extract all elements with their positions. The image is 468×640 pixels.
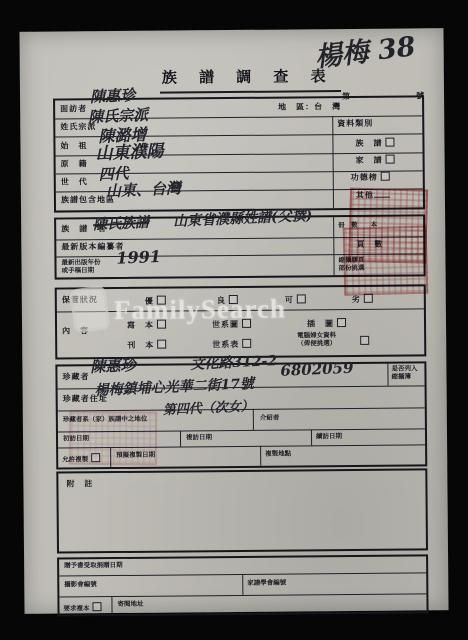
copy-place-label: 複製地點 [265,452,291,459]
column-divider [111,596,112,614]
handwritten-respondent-name: 陳惠珍 [90,88,136,105]
checkbox-good [229,295,238,304]
content-lineage-table: 世系表 [212,339,251,349]
checkbox-jiapu [386,155,395,164]
column-divider [260,446,261,466]
copy-request-label: 要求複本 [63,602,101,613]
notes-label: 附 註 [66,480,93,488]
scanned-form-page: 族 譜 調 查 表 楊梅 38 第 號 面訪者 地 區：台 灣 姓氏宗派 始 祖… [19,28,448,614]
first-ancestor-label: 始 祖 [60,142,87,150]
region-label: 地 區：台 灣 [278,103,341,112]
society-number-label: 家譜學會編號 [247,581,286,588]
content-printed: 刊 本 [127,340,166,350]
listed-label-line2: 縮攝簿 [391,374,411,381]
admin-table: 贈予書受取捐贈日期 攝影會編號 家譜學會編號 要求複本 寄閱地址 [57,554,429,616]
content-computer-line1: 電腦婦女資料 [297,333,336,340]
handwritten-holder-position: 第四代（次女） [163,400,254,417]
checkbox-copy-request [92,602,101,611]
category-jiapu-label: 家 譜 [356,155,395,165]
familysearch-logo-watermark [69,285,110,333]
handwritten-genealogy-name-struck: 陳氏族譜 [93,216,150,232]
checkbox-merit [381,172,390,181]
red-seal-stamp-bottom [343,226,429,296]
publish-year-label: 最新出版年份 [61,260,100,267]
origin-label: 原 籍 [61,160,88,168]
introducer-label: 介紹者 [260,416,280,423]
handwritten-serial: 楊梅 38 [313,33,416,71]
respondent-label: 面訪者 [60,105,87,113]
condition-table: 保管狀況 優 良 可 劣 內 容 寫 本 世系圖 插 圖 刊 本 世系表 電腦婦… [55,284,427,359]
handwritten-holder-name: 陳惠珍 [90,358,136,375]
category-merit-label: 功德榜 [351,172,390,182]
column-divider [332,116,334,208]
row-divider [57,308,424,312]
handwritten-generations: 四代 [98,166,129,182]
category-header: 資料類別 [337,120,373,128]
column-divider [311,429,312,445]
listed-label-line1: 是否列入 [391,366,417,373]
checkbox-illustration [337,318,346,327]
content-lineage-chart: 世系圖 [212,319,251,329]
gift-date-label: 贈予書受取捐贈日期 [64,563,123,570]
manuscript-date-label: 或手稿日期 [62,268,95,275]
checkbox-printed [157,340,166,349]
generations-label: 世 代 [61,178,88,186]
column-divider [333,217,335,275]
handwritten-holder-street: 文化路312-2 [190,354,277,372]
content-illustration: 插 圖 [307,318,346,328]
checkbox-fair [297,294,306,303]
red-seal-stamp-faint [69,411,157,466]
checkbox-lineage-chart [242,319,251,328]
checkbox-zupu [385,138,394,147]
form-title: 族 譜 調 查 表 [160,65,341,94]
column-divider [180,430,181,446]
scan-background: { "header": { "title": "族 譜 調 查 表", "ser… [0,0,468,640]
handwritten-holder-phone: 6802059 [280,361,354,379]
condition-excellent: 優 [145,296,166,306]
mail-address-label: 寄閱地址 [117,602,143,609]
photo-number-label: 攝影會編號 [64,582,97,589]
handwritten-origin: 山東濮陽 [95,143,164,163]
checkbox-excellent [157,296,166,305]
category-zupu-label: 族 譜 [355,138,394,148]
checkbox-manuscript [157,320,166,329]
condition-fair: 可 [285,294,306,304]
condition-good: 良 [217,295,238,305]
holder-label: 珍藏者 [62,373,89,381]
content-manuscript: 寫 本 [127,320,166,330]
notes-box: 附 註 [56,468,428,553]
checkbox-lineage-table [242,339,251,348]
column-divider [387,364,388,386]
content-computer-line2: （俾便挑選） [297,341,336,348]
checkbox-computer-data [360,336,369,345]
handwritten-clan-branch: 陳氏宗派 [88,108,149,126]
next-visit-label: 續訪日期 [316,434,342,441]
editor-label: 最新版本編纂者 [61,243,124,252]
handwritten-year: 1991 [116,249,161,267]
handwritten-covered-area: 山東、台灣 [106,181,182,199]
second-visit-label: 複訪日期 [186,435,212,442]
column-divider [242,574,243,595]
